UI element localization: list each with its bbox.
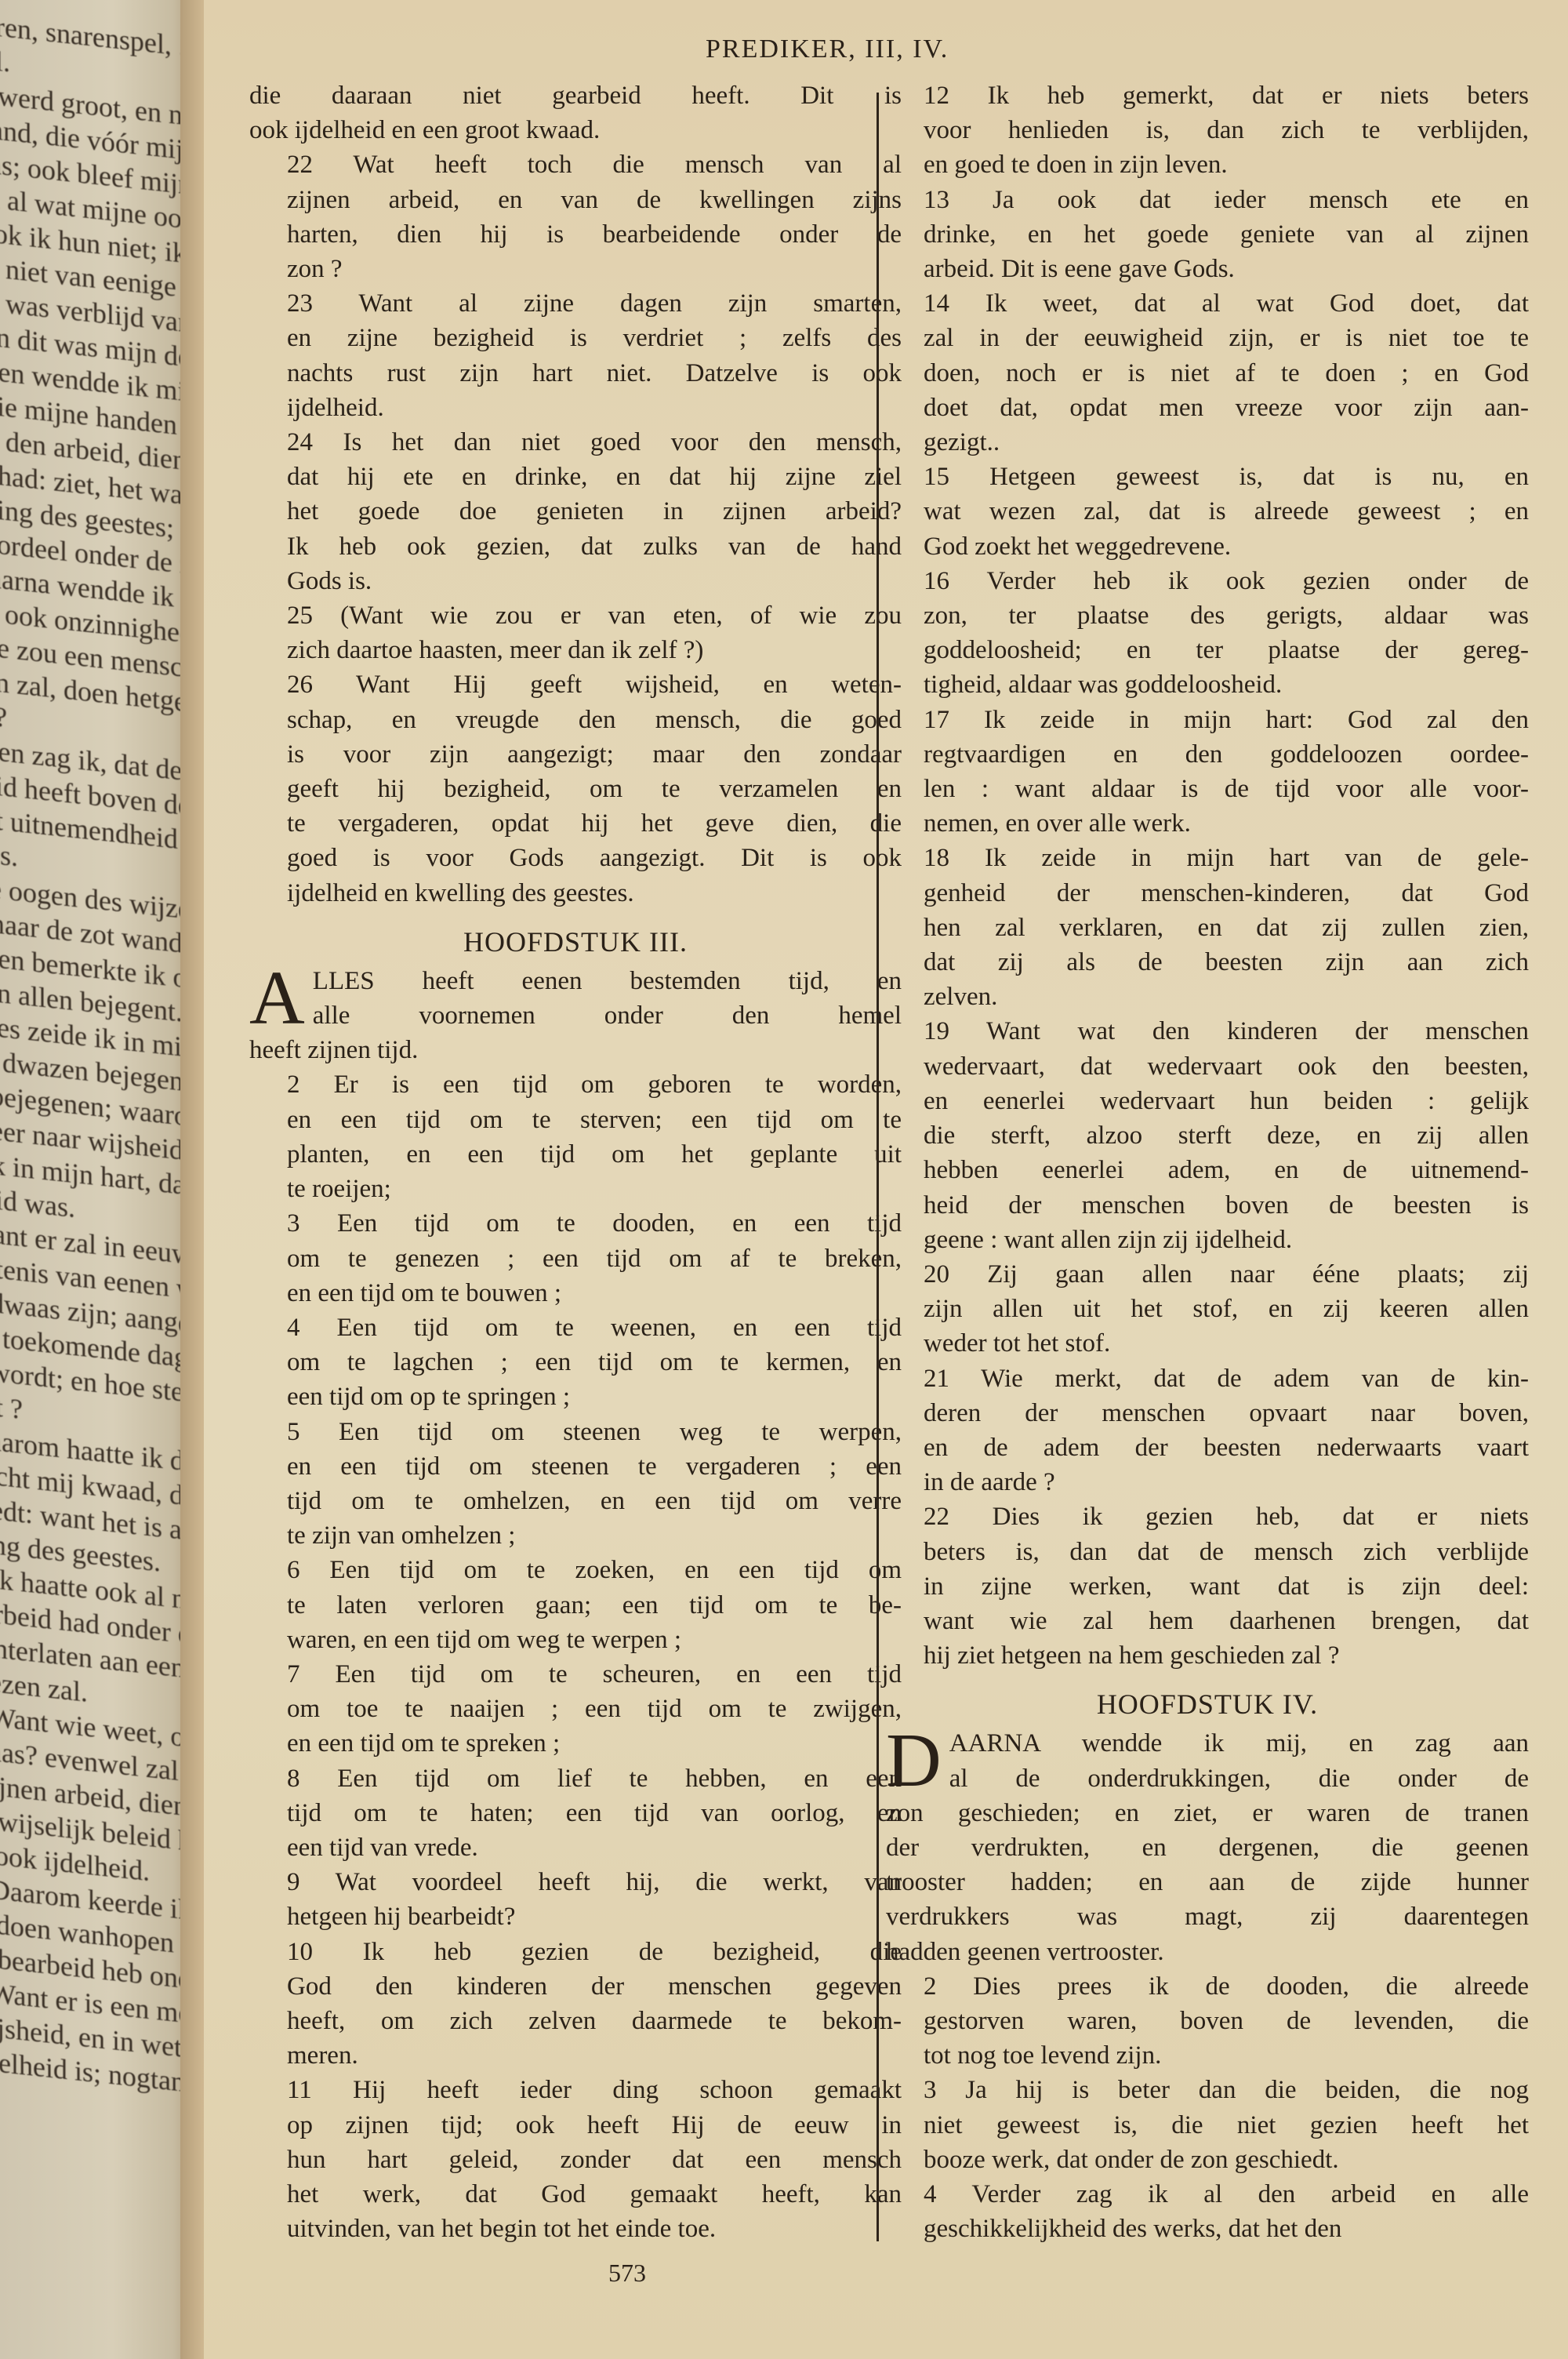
text-line: het goede doe genieten in zijnen arbeid? <box>249 494 902 529</box>
text-line: te laten verloren gaan; een tijd om te b… <box>249 1588 902 1623</box>
text-line: geeft hij bezigheid, om te verzamelen en <box>249 772 902 806</box>
text-line: LLES heeft eenen bestemden tijd, en <box>249 964 902 998</box>
verse: die daaraan niet gearbeid heeft. Dit iso… <box>249 78 902 147</box>
text-line: tigheid, aldaar was goddeloosheid. <box>886 667 1529 702</box>
verse: 2 Er is een tijd om geboren te worden,en… <box>249 1067 902 1206</box>
text-line: zal in der eeuwigheid zijn, er is niet t… <box>886 321 1529 355</box>
verse: 3 Ja hij is beter dan die beiden, die no… <box>886 2073 1529 2177</box>
text-line: geschikkelijkheid des werks, dat het den <box>886 2212 1529 2246</box>
text-line: hen zal verklaren, en dat zij zullen zie… <box>886 911 1529 945</box>
text-line: zijn allen uit het stof, en zij keeren a… <box>886 1292 1529 1326</box>
text-line: nemen, en over alle werk. <box>886 806 1529 841</box>
verse: 5 Een tijd om steenen weg te werpen,en e… <box>249 1415 902 1554</box>
text-line: doen, noch er is niet af te doen ; en Go… <box>886 356 1529 391</box>
text-line: al de onderdrukkingen, die onder de <box>886 1761 1529 1796</box>
text-line: en zijne bezigheid is verdriet ; zelfs d… <box>249 321 902 355</box>
text-line: te roeijen; <box>249 1172 902 1206</box>
chapter-opening: DAARNA wendde ik mij, en zag aanal de on… <box>886 1726 1529 1968</box>
text-line: voor henlieden is, dan zich te verblijde… <box>886 113 1529 147</box>
text-line: God den kinderen der menschen gegeven <box>249 1969 902 2004</box>
text-line: weder tot het stof. <box>886 1326 1529 1361</box>
text-line: hij ziet hetgeen na hem geschieden zal ? <box>886 1638 1529 1673</box>
verse: 4 Een tijd om te weenen, en een tijdom t… <box>249 1310 902 1415</box>
text-line: drinke, en het goede geniete van al zijn… <box>886 217 1529 252</box>
text-line: 6 Een tijd om te zoeken, en een tijd om <box>249 1553 902 1587</box>
verse: 24 Is het dan niet goed voor den mensch,… <box>249 425 902 598</box>
verse: 25 (Want wie zou er van eten, of wie zou… <box>249 598 902 667</box>
previous-page-edge: ..eren, snarenspel, ..pel.ik werd groot,… <box>0 0 188 2359</box>
text-line: goddeloosheid; en ter plaatse der gereg- <box>886 633 1529 667</box>
text-line: zon ? <box>249 252 902 286</box>
text-line: 9 Wat voordeel heeft hij, die werkt, van <box>249 1865 902 1899</box>
verse: 10 Ik heb gezien de bezigheid, dieGod de… <box>249 1935 902 2074</box>
text-line: 5 Een tijd om steenen weg te werpen, <box>249 1415 902 1449</box>
text-line: der verdrukten, en dergenen, die geenen <box>886 1830 1529 1865</box>
text-line: is voor zijn aangezigt; maar den zondaar <box>249 737 902 772</box>
text-line: wedervaart, dat wedervaart ook den beest… <box>886 1049 1529 1084</box>
verse: 6 Een tijd om te zoeken, en een tijd omt… <box>249 1553 902 1657</box>
text-line: heid der menschen boven de beesten is <box>886 1188 1529 1223</box>
text-line: 4 Verder zag ik al den arbeid en alle <box>886 2177 1529 2212</box>
text-line: goed is voor Gods aangezigt. Dit is ook <box>249 841 902 875</box>
drop-cap: A <box>249 967 305 1030</box>
text-line: zich daartoe haasten, meer dan ik zelf ?… <box>249 633 902 667</box>
text-line: zon, ter plaatse des gerigts, aldaar was <box>886 598 1529 633</box>
text-line: tijd om te omhelzen, en een tijd om verr… <box>249 1484 902 1518</box>
text-line: 11 Hij heeft ieder ding schoon gemaakt <box>249 2073 902 2107</box>
verse: 3 Een tijd om te dooden, en een tijdom t… <box>249 1206 902 1310</box>
text-line: 3 Ja hij is beter dan die beiden, die no… <box>886 2073 1529 2107</box>
verse: 22 Dies ik gezien heb, dat er nietsbeter… <box>886 1499 1529 1673</box>
text-line: 10 Ik heb gezien de bezigheid, die <box>249 1935 902 1969</box>
verse: 15 Hetgeen geweest is, dat is nu, enwat … <box>886 460 1529 564</box>
verse: 26 Want Hij geeft wijsheid, en weten-sch… <box>249 667 902 910</box>
text-line: tot nog toe levend zijn. <box>886 2038 1529 2073</box>
text-line: arbeid. Dit is eene gave Gods. <box>886 252 1529 286</box>
text-line: gezigt.. <box>886 425 1529 460</box>
text-line: 22 Wat heeft toch die mensch van al <box>249 147 902 182</box>
column-divider <box>877 93 879 2241</box>
verse: 23 Want al zijne dagen zijn smarten,en z… <box>249 286 902 425</box>
text-line: waren, en een tijd om weg te werpen ; <box>249 1623 902 1657</box>
text-line: en de adem der beesten nederwaarts vaart <box>886 1430 1529 1465</box>
text-line: wat wezen zal, dat is alreede geweest ; … <box>886 494 1529 529</box>
text-line: en een tijd om te bouwen ; <box>249 1276 902 1310</box>
previous-page-text: ..eren, snarenspel, ..pel.ik werd groot,… <box>0 6 188 2103</box>
left-column: die daaraan niet gearbeid heeft. Dit iso… <box>249 78 902 2246</box>
text-line: beters is, dan dat de mensch zich verbli… <box>886 1535 1529 1569</box>
page-number: 573 <box>549 2259 706 2288</box>
text-line: die sterft, alzoo sterft deze, en zij al… <box>886 1118 1529 1153</box>
text-line: en een tijd om te spreken ; <box>249 1726 902 1761</box>
text-line: hun hart geleid, zonder dat een mensch <box>249 2143 902 2177</box>
text-line: in de aarde ? <box>886 1465 1529 1499</box>
verse: 13 Ja ook dat ieder mensch ete endrinke,… <box>886 183 1529 287</box>
text-line: tijd om te haten; een tijd van oorlog, e… <box>249 1796 902 1830</box>
text-line: en eenerlei wedervaart hun beiden : geli… <box>886 1084 1529 1118</box>
text-line: genheid der menschen-kinderen, dat God <box>886 876 1529 911</box>
chapter-heading: HOOFDSTUK III. <box>249 925 902 959</box>
text-line: ijdelheid. <box>249 391 902 425</box>
text-line: 23 Want al zijne dagen zijn smarten, <box>249 286 902 321</box>
text-line: heeft, om zich zelven daarmede te bekom- <box>249 2004 902 2038</box>
text-line: zijnen arbeid, en van de kwellingen zijn… <box>249 183 902 217</box>
text-line: deren der menschen opvaart naar boven, <box>886 1396 1529 1430</box>
text-line: het werk, dat God gemaakt heeft, kan <box>249 2177 902 2212</box>
text-line: 15 Hetgeen geweest is, dat is nu, en <box>886 460 1529 494</box>
verse: 19 Want wat den kinderen der menschenwed… <box>886 1014 1529 1256</box>
running-head: PREDIKER, III, IV. <box>706 35 1333 64</box>
verse: 12 Ik heb gemerkt, dat er niets betersvo… <box>886 78 1529 183</box>
text-line: 4 Een tijd om te weenen, en een tijd <box>249 1310 902 1345</box>
right-column: 12 Ik heb gemerkt, dat er niets betersvo… <box>886 78 1529 2246</box>
text-line: uitvinden, van het begin tot het einde t… <box>249 2212 902 2246</box>
text-line: 25 (Want wie zou er van eten, of wie zou <box>249 598 902 633</box>
text-line: 17 Ik zeide in mijn hart: God zal den <box>886 703 1529 737</box>
chapter-opening: ALLES heeft eenen bestemden tijd, enalle… <box>249 964 902 1068</box>
book-page: PREDIKER, III, IV. die daaraan niet gear… <box>204 0 1568 2359</box>
text-line: een tijd van vrede. <box>249 1830 902 1865</box>
chapter-heading: HOOFDSTUK IV. <box>886 1687 1529 1721</box>
text-line: Ik heb ook gezien, dat zulks van de hand <box>249 529 902 564</box>
text-line: niet geweest is, die niet gezien heeft h… <box>886 2108 1529 2143</box>
text-line: regtvaardigen en den goddeloozen oordee- <box>886 737 1529 772</box>
text-line: verdrukkers was magt, zij daarentegen <box>886 1899 1529 1934</box>
text-line: zelven. <box>886 980 1529 1014</box>
text-line: God zoekt het weggedrevene. <box>886 529 1529 564</box>
verse: 22 Wat heeft toch die mensch van alzijne… <box>249 147 902 286</box>
text-line: om te genezen ; een tijd om af te breken… <box>249 1241 902 1276</box>
text-line: ijdelheid en kwelling des geestes. <box>249 876 902 911</box>
text-line: 13 Ja ook dat ieder mensch ete en <box>886 183 1529 217</box>
text-line: gestorven waren, boven de levenden, die <box>886 2004 1529 2038</box>
text-line: AARNA wendde ik mij, en zag aan <box>886 1726 1529 1761</box>
text-line: 12 Ik heb gemerkt, dat er niets beters <box>886 78 1529 113</box>
verse: 11 Hij heeft ieder ding schoon gemaaktop… <box>249 2073 902 2246</box>
text-line: 19 Want wat den kinderen der menschen <box>886 1014 1529 1049</box>
text-line: 3 Een tijd om te dooden, en een tijd <box>249 1206 902 1241</box>
text-line: schap, en vreugde den mensch, die goed <box>249 703 902 737</box>
text-line: en een tijd om steenen te vergaderen ; e… <box>249 1449 902 1484</box>
text-line: 8 Een tijd om lief te hebben, en een <box>249 1761 902 1796</box>
text-line: 20 Zij gaan allen naar ééne plaats; zij <box>886 1257 1529 1292</box>
verse: 2 Dies prees ik de dooden, die alreedege… <box>886 1969 1529 2074</box>
text-line: een tijd om op te springen ; <box>249 1379 902 1414</box>
text-line: 2 Dies prees ik de dooden, die alreede <box>886 1969 1529 2004</box>
text-line: hadden geenen vertrooster. <box>886 1935 1529 1969</box>
text-line: hetgeen hij bearbeidt? <box>249 1899 902 1934</box>
text-line: ook ijdelheid en een groot kwaad. <box>249 113 902 147</box>
verse: 16 Verder heb ik ook gezien onder dezon,… <box>886 564 1529 703</box>
text-line: meren. <box>249 2038 902 2073</box>
text-line: nachts rust zijn hart niet. Datzelve is … <box>249 356 902 391</box>
text-line: 16 Verder heb ik ook gezien onder de <box>886 564 1529 598</box>
text-line: zon geschieden; en ziet, er waren de tra… <box>886 1796 1529 1830</box>
text-line: heeft zijnen tijd. <box>249 1033 902 1067</box>
text-line: harten, dien hij is bearbeidende onder d… <box>249 217 902 252</box>
text-line: in zijne werken, want dat is zijn deel: <box>886 1569 1529 1604</box>
text-line: booze werk, dat onder de zon geschiedt. <box>886 2143 1529 2177</box>
text-line: die daaraan niet gearbeid heeft. Dit is <box>249 78 902 113</box>
verse: 21 Wie merkt, dat de adem van de kin-der… <box>886 1361 1529 1500</box>
verse: 18 Ik zeide in mijn hart van de gele-gen… <box>886 841 1529 1014</box>
text-line: 24 Is het dan niet goed voor den mensch, <box>249 425 902 460</box>
text-line: dat hij ete en drinke, en dat hij zijne … <box>249 460 902 494</box>
text-line: om te lagchen ; een tijd om te kermen, e… <box>249 1345 902 1379</box>
text-line: op zijnen tijd; ook heeft Hij de eeuw in <box>249 2108 902 2143</box>
text-line: om toe te naaijen ; een tijd om te zwijg… <box>249 1692 902 1726</box>
verse: 14 Ik weet, dat al wat God doet, datzal … <box>886 286 1529 460</box>
text-line: 18 Ik zeide in mijn hart van de gele- <box>886 841 1529 875</box>
text-line: 14 Ik weet, dat al wat God doet, dat <box>886 286 1529 321</box>
text-line: en goed te doen in zijn leven. <box>886 147 1529 182</box>
verse: 17 Ik zeide in mijn hart: God zal denreg… <box>886 703 1529 841</box>
drop-cap: D <box>886 1729 942 1792</box>
text-line: trooster hadden; en aan de zijde hunner <box>886 1865 1529 1899</box>
text-line: 21 Wie merkt, dat de adem van de kin- <box>886 1361 1529 1396</box>
verse: 9 Wat voordeel heeft hij, die werkt, van… <box>249 1865 902 1934</box>
text-line: 26 Want Hij geeft wijsheid, en weten- <box>249 667 902 702</box>
text-line: doet dat, opdat men vreeze voor zijn aan… <box>886 391 1529 425</box>
text-line: Gods is. <box>249 564 902 598</box>
text-line: geene : want allen zijn zij ijdelheid. <box>886 1223 1529 1257</box>
text-line: 7 Een tijd om te scheuren, en een tijd <box>249 1657 902 1692</box>
text-line: want wie zal hem daarhenen brengen, dat <box>886 1604 1529 1638</box>
text-line: te zijn van omhelzen ; <box>249 1518 902 1553</box>
text-line: alle voornemen onder den hemel <box>249 998 902 1033</box>
verse: 7 Een tijd om te scheuren, en een tijdom… <box>249 1657 902 1761</box>
text-line: hebben eenerlei adem, en de uitnemend- <box>886 1153 1529 1187</box>
text-line: te vergaderen, opdat hij het geve dien, … <box>249 806 902 841</box>
verse: 8 Een tijd om lief te hebben, en eentijd… <box>249 1761 902 1866</box>
text-line: 2 Er is een tijd om geboren te worden, <box>249 1067 902 1102</box>
text-line: len : want aldaar is de tijd voor alle v… <box>886 772 1529 806</box>
verse: 20 Zij gaan allen naar ééne plaats; zijz… <box>886 1257 1529 1361</box>
verse: 4 Verder zag ik al den arbeid en alleges… <box>886 2177 1529 2246</box>
text-line: 22 Dies ik gezien heb, dat er niets <box>886 1499 1529 1534</box>
text-line: dat zij als de beesten zijn aan zich <box>886 945 1529 980</box>
text-line: planten, en een tijd om het geplante uit <box>249 1137 902 1172</box>
text-line: en een tijd om te sterven; een tijd om t… <box>249 1103 902 1137</box>
